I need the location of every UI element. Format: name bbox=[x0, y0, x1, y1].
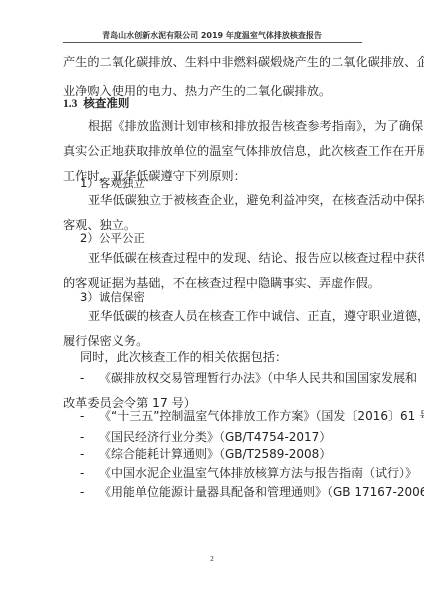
bullet-marker: - bbox=[80, 485, 84, 499]
principle-label: 1）客观独立 bbox=[80, 176, 145, 190]
bullet-marker: - bbox=[80, 371, 84, 385]
bullet-marker: - bbox=[80, 466, 84, 480]
list-item-text: 《“十三五”控制温室气体排放工作方案》（国发〔2016〕61 号） bbox=[99, 409, 424, 423]
list-item-text: 《中国水泥企业温室气体排放核算方法与报告指南（试行）》 bbox=[99, 466, 417, 480]
header-divider bbox=[63, 42, 362, 43]
principle-label: 3）诚信保密 bbox=[80, 290, 145, 304]
paragraph-line: 客观、独立。 bbox=[63, 218, 136, 232]
running-header: 青岛山水创新水泥有限公司 2019 年度温室气体排放核查报告 bbox=[0, 30, 424, 41]
bullet-marker: - bbox=[80, 409, 84, 423]
paragraph-line: 亚华低碳独立于被核查企业，避免利益冲突，在核查活动中保持 bbox=[88, 193, 424, 207]
list-item-text-continued: 改革委员会令第 17 号） bbox=[63, 396, 196, 410]
section-heading: 1.3核查准则 bbox=[63, 96, 129, 111]
list-item-text: 《用能单位能源计量器具配备和管理通则》（GB 17167-2006） bbox=[99, 485, 424, 499]
list-item-text: 《国民经济行业分类》（GB/T4754-2017） bbox=[99, 430, 331, 444]
list-item-text: 《碳排放权交易管理暂行办法》（中华人民共和国国家发展和 bbox=[99, 371, 417, 385]
bullet-marker: - bbox=[80, 447, 84, 461]
paragraph-line: 亚华低碳在核查过程中的发现、结论、报告应以核查过程中获得 bbox=[88, 251, 424, 265]
bullet-marker: - bbox=[80, 430, 84, 444]
page-number: 2 bbox=[0, 555, 424, 563]
paragraph-line: 根据《排放监测计划审核和排放报告核查参考指南》，为了确保 bbox=[88, 119, 423, 133]
paragraph-line: 的客观证据为基础，不在核查过程中隐瞒事实、弄虚作假。 bbox=[63, 276, 380, 290]
section-title: 核查准则 bbox=[83, 96, 129, 110]
paragraph-line: 产生的二氧化碳排放、生料中非燃料碳煅烧产生的二氧化碳排放、企 bbox=[63, 55, 424, 69]
basis-intro: 同时，此次核查工作的相关依据包括： bbox=[80, 350, 287, 364]
paragraph-line: 真实公正地获取排放单位的温室气体排放信息，此次核查工作在开展 bbox=[63, 144, 424, 158]
principle-label: 2）公平公正 bbox=[80, 231, 145, 245]
document-page: 青岛山水创新水泥有限公司 2019 年度温室气体排放核查报告 产生的二氧化碳排放… bbox=[0, 0, 424, 600]
paragraph-line: 亚华低碳的核查人员在核查工作中诚信、正直，遵守职业道德， bbox=[88, 309, 424, 323]
paragraph-line: 履行保密义务。 bbox=[63, 334, 148, 348]
section-number: 1.3 bbox=[63, 98, 77, 110]
list-item-text: 《综合能耗计算通则》（GB/T2589-2008） bbox=[99, 447, 331, 461]
